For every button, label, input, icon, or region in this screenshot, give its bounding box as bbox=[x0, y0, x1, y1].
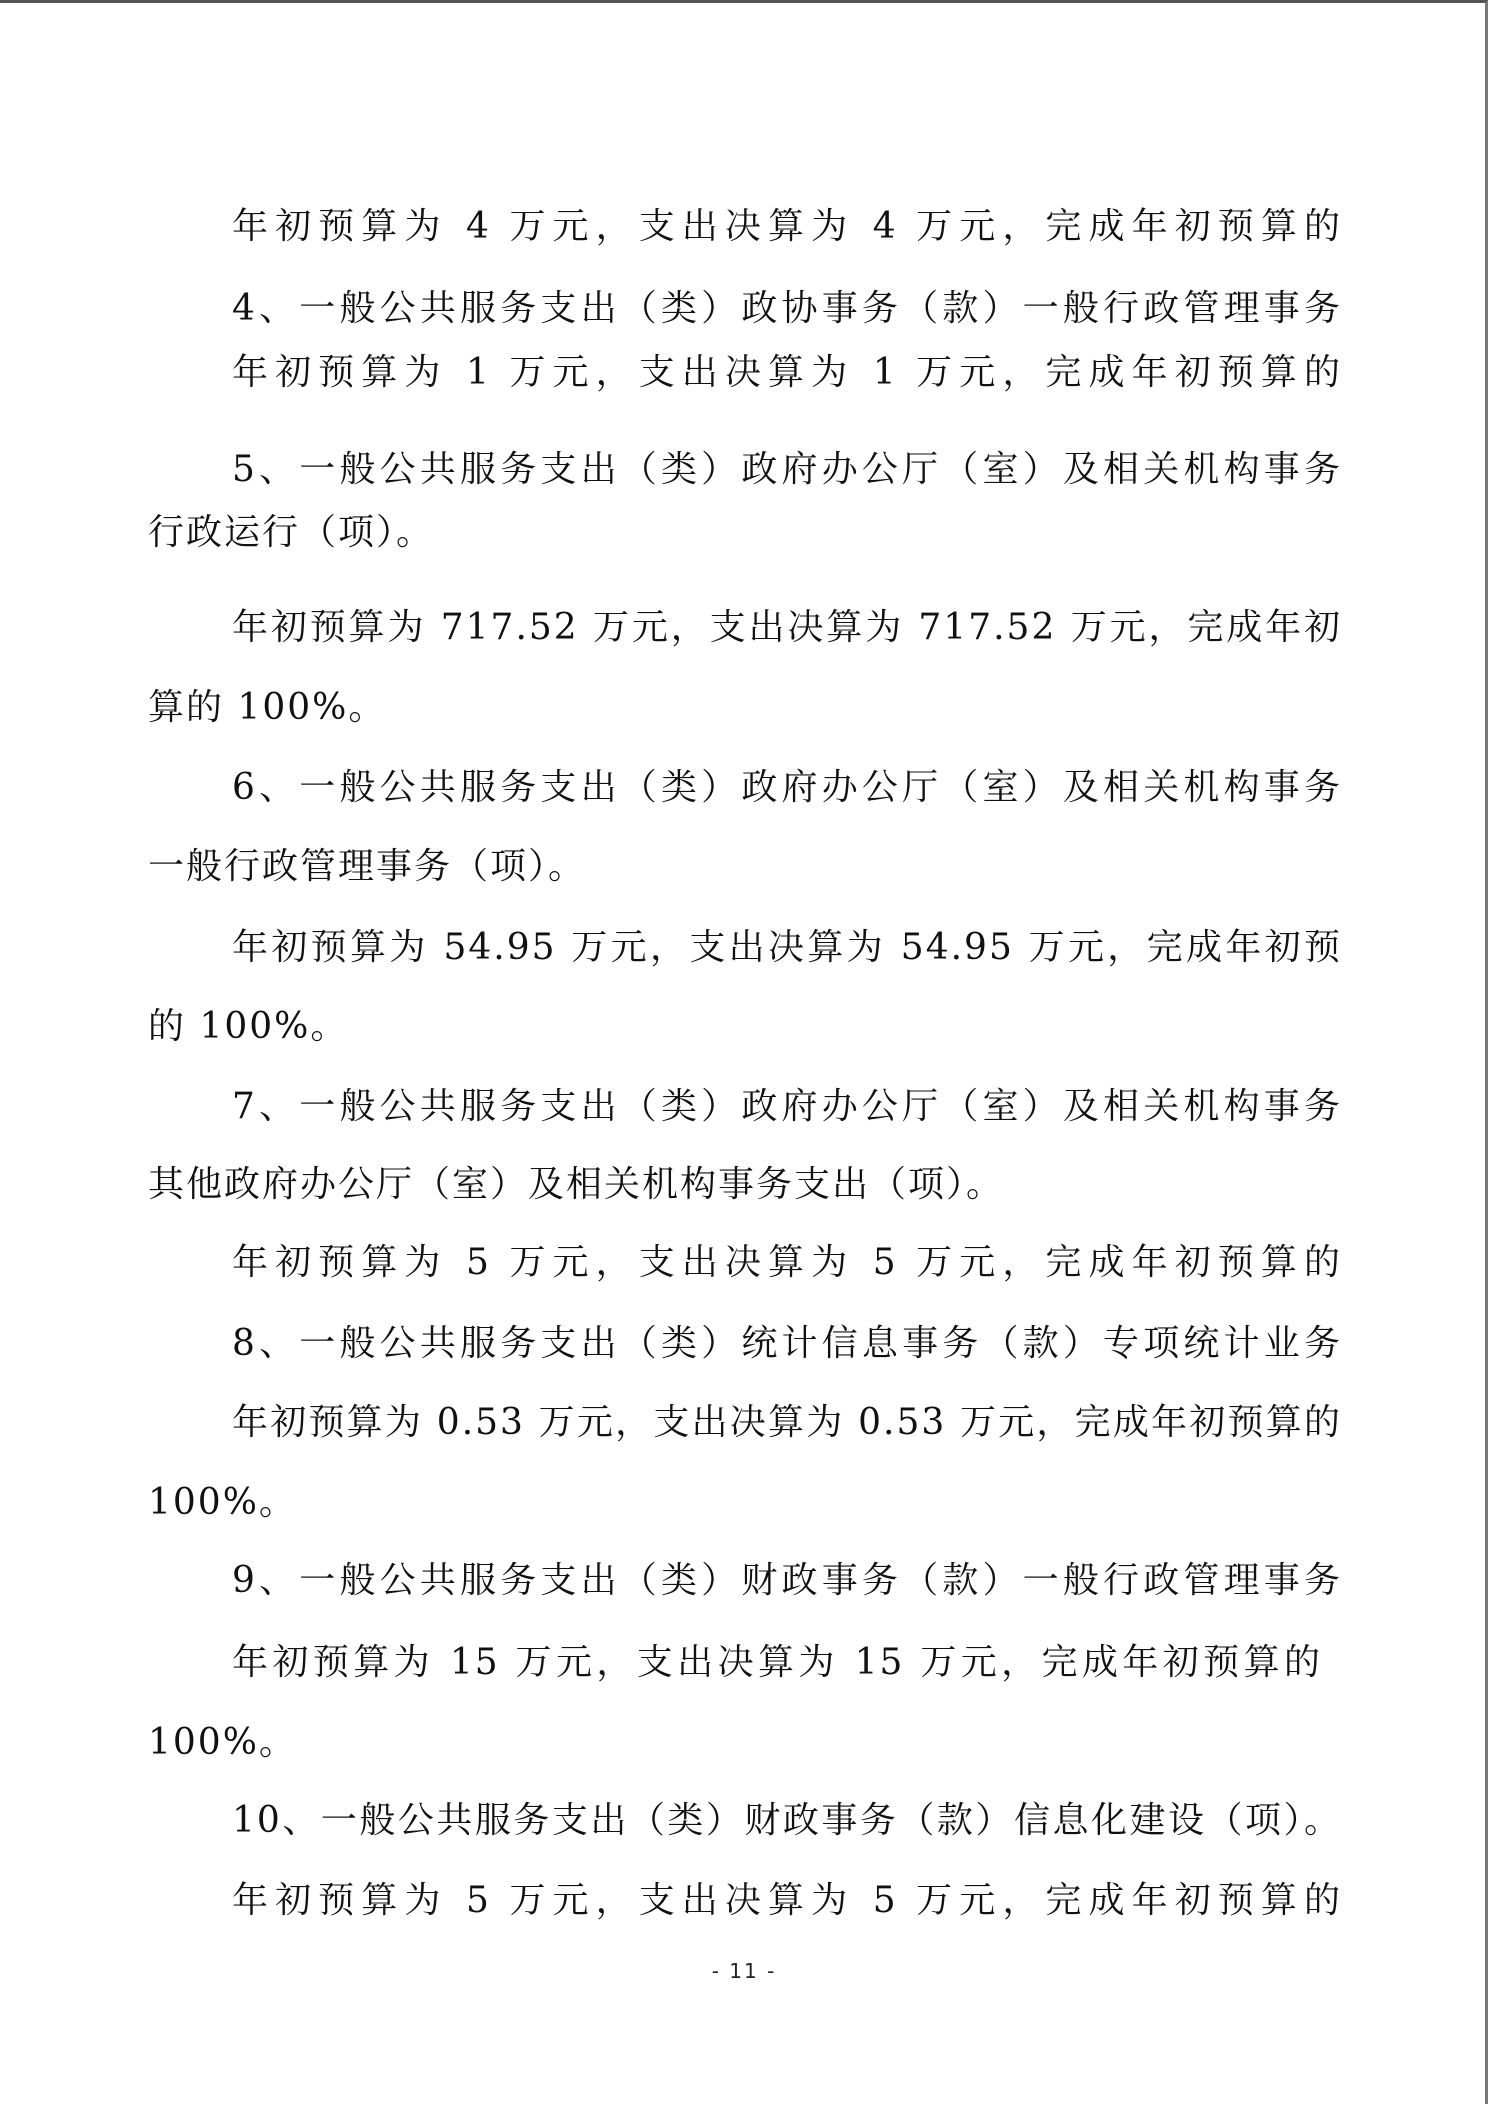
item-heading-7: 7、一般公共服务支出（类）政府办公厅（室）及相关机构事务（款） bbox=[232, 1085, 1342, 1129]
paragraph-line: 年初预算为 54.95 万元，支出决算为 54.95 万元，完成年初预算 bbox=[232, 926, 1342, 970]
item-heading-9: 9、一般公共服务支出（类）财政事务（款）一般行政管理事务（项）。 bbox=[232, 1559, 1342, 1603]
item-heading-5: 5、一般公共服务支出（类）政府办公厅（室）及相关机构事务（款） bbox=[232, 448, 1342, 492]
paragraph-line: 年初预算为 717.52 万元，支出决算为 717.52 万元，完成年初预 bbox=[232, 606, 1342, 650]
paragraph-line: 年初预算为 1 万元，支出决算为 1 万元，完成年初预算的 100%。 bbox=[232, 351, 1342, 395]
paragraph-line-cont: 100%。 bbox=[148, 1721, 297, 1765]
paragraph-line: 年初预算为 4 万元，支出决算为 4 万元，完成年初预算的 100%。 bbox=[232, 205, 1342, 249]
item-heading-6: 6、一般公共服务支出（类）政府办公厅（室）及相关机构事务（款） bbox=[232, 766, 1342, 810]
item-heading-4: 4、一般公共服务支出（类）政协事务（款）一般行政管理事务（项）。 bbox=[232, 287, 1342, 331]
paragraph-line: 年初预算为 5 万元，支出决算为 5 万元，完成年初预算的 100%。 bbox=[232, 1241, 1342, 1285]
item-heading-5-cont: 行政运行（项）。 bbox=[148, 511, 434, 555]
item-heading-8: 8、一般公共服务支出（类）统计信息事务（款）专项统计业务（项）。 bbox=[232, 1322, 1342, 1366]
paragraph-line-cont: 的 100%。 bbox=[148, 1005, 348, 1049]
item-heading-6-cont: 一般行政管理事务（项）。 bbox=[148, 845, 586, 889]
paragraph-line: 年初预算为 15 万元，支出决算为 15 万元，完成年初预算的 bbox=[232, 1641, 1322, 1685]
item-heading-7-cont: 其他政府办公厅（室）及相关机构事务支出（项）。 bbox=[148, 1163, 1004, 1207]
page-number: - 11 - bbox=[0, 1959, 1488, 1983]
paragraph-line: 年初预算为 0.53 万元，支出决算为 0.53 万元，完成年初预算的 bbox=[232, 1401, 1342, 1445]
paragraph-line-cont: 算的 100%。 bbox=[148, 686, 386, 730]
paragraph-line: 年初预算为 5 万元，支出决算为 5 万元，完成年初预算的 100%。 bbox=[232, 1879, 1342, 1923]
paragraph-line-cont: 100%。 bbox=[148, 1481, 297, 1525]
document-page: 年初预算为 4 万元，支出决算为 4 万元，完成年初预算的 100%。 4、一般… bbox=[0, 0, 1488, 2104]
item-heading-10: 10、一般公共服务支出（类）财政事务（款）信息化建设（项）。 bbox=[232, 1799, 1342, 1843]
